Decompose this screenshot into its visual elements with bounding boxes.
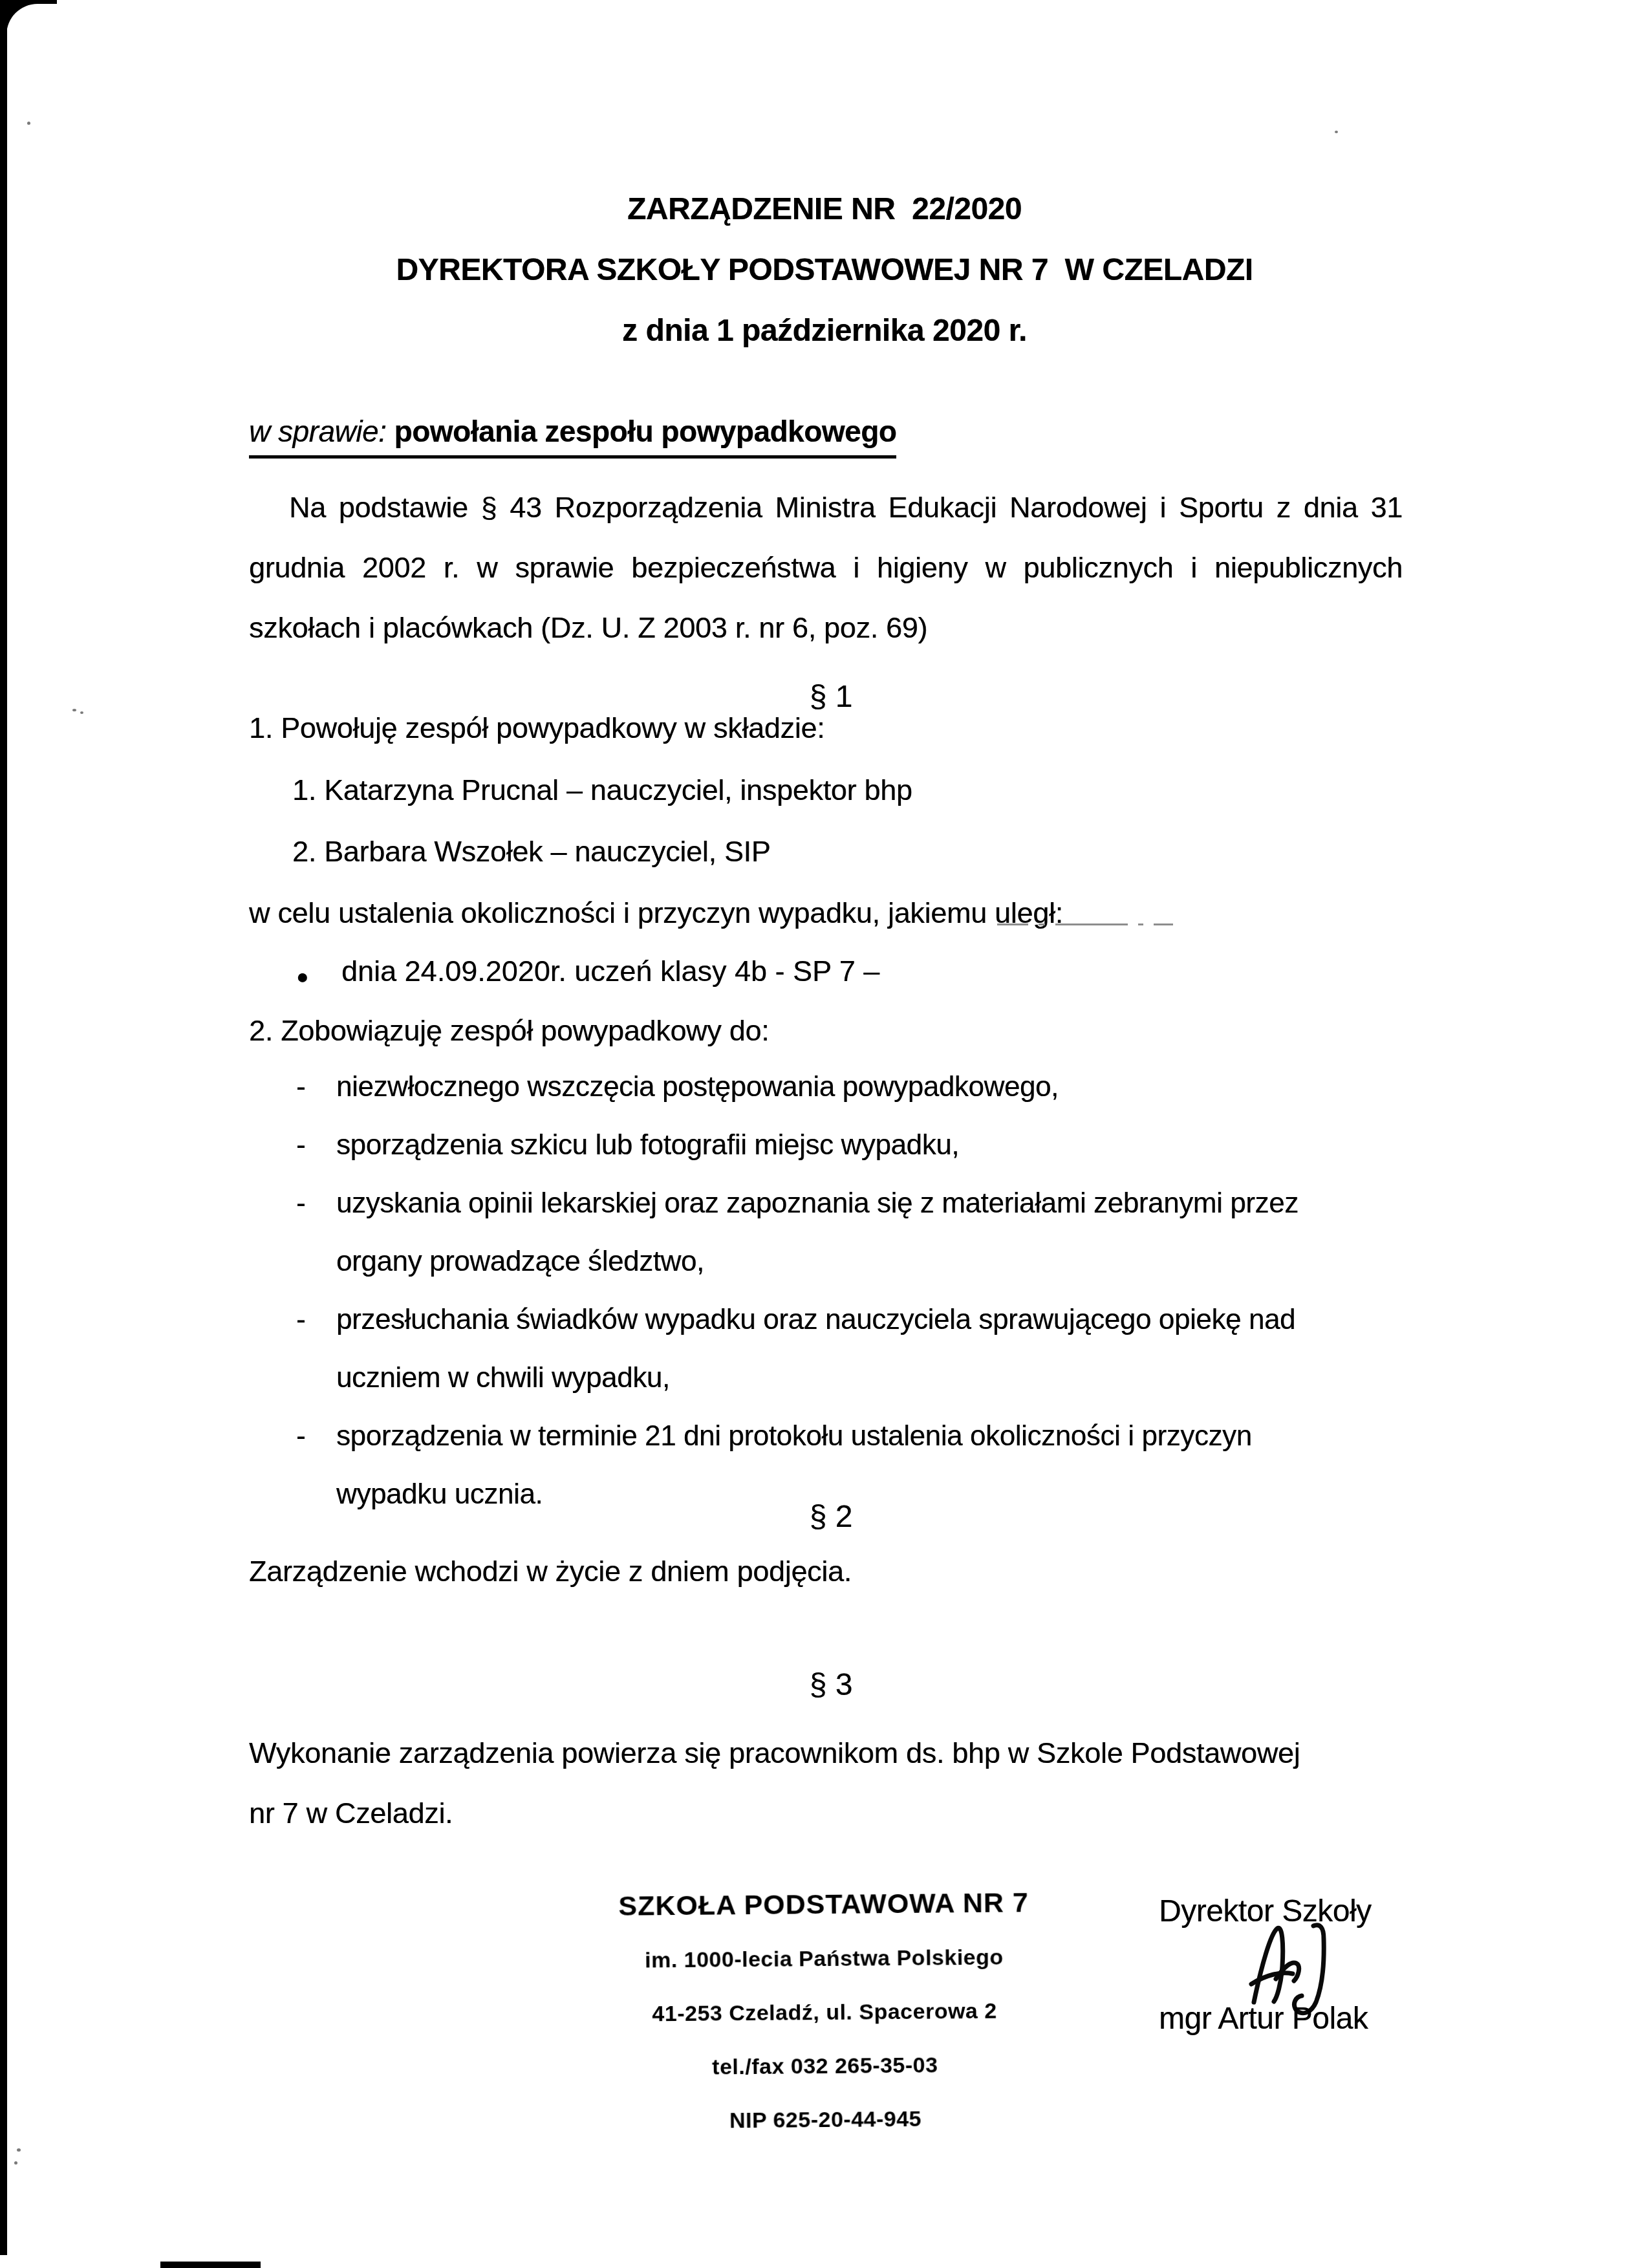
team-member-2: 2. Barbara Wszołek – nauczyciel, SIP xyxy=(292,835,771,869)
duty-text: uzyskania opinii lekarskiej oraz zapozna… xyxy=(336,1174,1299,1291)
duty-text: sporządzenia szkicu lub fotografii miejs… xyxy=(336,1116,959,1174)
duty-item: - niezwłocznego wszczęcia postępowania p… xyxy=(296,1058,1059,1116)
scan-noise-dot xyxy=(17,2148,21,2152)
section-2-text: Zarządzenie wchodzi w życie z dniem podj… xyxy=(249,1555,852,1588)
purpose-line: w celu ustalenia okoliczności i przyczyn… xyxy=(249,896,1063,930)
stamp-address-line: 41-253 Czeladź, ul. Spacerowa 2 xyxy=(601,1996,1048,2030)
accident-bullet-row: ● dnia 24.09.2020r. uczeń klasy 4b - SP … xyxy=(296,953,879,995)
stamp-school-name: SZKOŁA PODSTAWOWA NR 7 xyxy=(600,1886,1046,1923)
signature-name: mgr Artur Polak xyxy=(1159,2001,1368,2036)
scan-noise-dot xyxy=(14,2161,17,2165)
section-2-heading: § 2 xyxy=(249,1499,1413,1535)
scan-left-edge-artifact xyxy=(0,0,7,2255)
section-3-text: Wykonanie zarządzenia powierza się praco… xyxy=(249,1723,1300,1843)
accident-bullet-text: dnia 24.09.2020r. uczeń klasy 4b - SP 7 … xyxy=(341,953,879,995)
dash-icon: - xyxy=(296,1058,336,1116)
section-3-heading: § 3 xyxy=(249,1667,1413,1703)
scan-bottom-edge-artifact xyxy=(160,2262,261,2268)
section-1-heading: § 1 xyxy=(249,679,1413,715)
title-line-3: z dnia 1 października 2020 r. xyxy=(249,313,1400,349)
dash-icon: - xyxy=(296,1291,336,1407)
scan-noise-dot xyxy=(72,709,76,711)
stamp-phone-line: tel./fax 032 265-35-03 xyxy=(602,2049,1048,2084)
bullet-icon: ● xyxy=(296,953,341,995)
scan-noise-dot xyxy=(27,122,30,125)
duty-text: przesłuchania świadków wypadku oraz nauc… xyxy=(336,1291,1295,1407)
legal-basis-paragraph: Na podstawie § 43 Rozporządzenia Ministr… xyxy=(249,477,1403,658)
subject-prefix: w sprawie: xyxy=(249,415,386,448)
section-1-item-1: 1. Powołuję zespół powypadkowy w składzi… xyxy=(249,711,824,745)
scan-noise-dot xyxy=(80,711,83,714)
dash-icon: - xyxy=(296,1174,336,1291)
duty-item: - sporządzenia szkicu lub fotografii mie… xyxy=(296,1116,959,1174)
team-member-1: 1. Katarzyna Prucnal – nauczyciel, inspe… xyxy=(292,773,912,807)
section-1-item-2: 2. Zobowiązuję zespół powypadkowy do: xyxy=(249,1014,769,1048)
school-stamp: SZKOŁA PODSTAWOWA NR 7 im. 1000-lecia Pa… xyxy=(600,1863,1049,2149)
duty-item: - uzyskania opinii lekarskiej oraz zapoz… xyxy=(296,1174,1299,1291)
subject-text: powołania zespołu powypadkowego xyxy=(386,415,896,448)
scan-artifact-dashes xyxy=(997,923,1173,925)
scanned-document-page: { "doc": { "title": { "line1": "ZARZĄDZE… xyxy=(0,0,1649,2268)
duty-item: - przesłuchania świadków wypadku oraz na… xyxy=(296,1291,1295,1407)
scan-noise-dot xyxy=(1335,131,1338,133)
scan-corner-rounding xyxy=(6,4,91,88)
stamp-nip-line: NIP 625-20-44-945 xyxy=(602,2103,1048,2137)
title-line-2: DYREKTORA SZKOŁY PODSTAWOWEJ NR 7 W CZEL… xyxy=(249,252,1400,288)
subject-line: w sprawie: powołania zespołu powypadkowe… xyxy=(249,414,896,459)
duty-text: niezwłocznego wszczęcia postępowania pow… xyxy=(336,1058,1059,1116)
title-line-1: ZARZĄDZENIE NR 22/2020 xyxy=(249,191,1400,227)
stamp-patron-line: im. 1000-lecia Państwa Polskiego xyxy=(601,1942,1047,1976)
dash-icon: - xyxy=(296,1116,336,1174)
